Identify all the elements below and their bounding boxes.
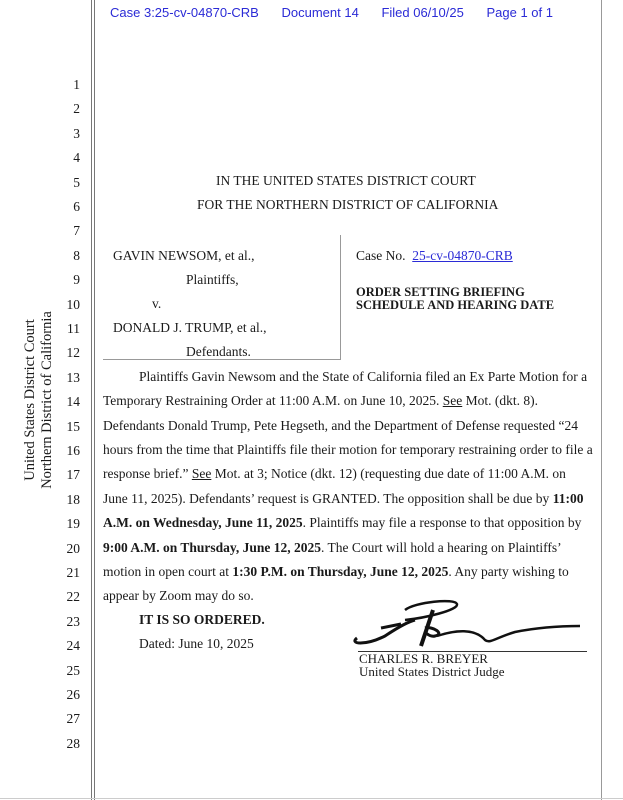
see-signal: See	[192, 466, 212, 481]
body-line: hours from the time that Plaintiffs file…	[103, 442, 593, 458]
page-count: Page 1 of 1	[486, 5, 553, 20]
sidebar-court: United States District Court	[22, 280, 39, 520]
body-line: Plaintiffs Gavin Newsom and the State of…	[139, 369, 587, 385]
text: Mot. at 3; Notice (dkt. 12) (requesting …	[211, 466, 566, 481]
line-number: 4	[40, 150, 80, 166]
court-sidebar: United States District Court Northern Di…	[22, 280, 56, 520]
line-number: 22	[40, 589, 80, 605]
document-number: Document 14	[281, 5, 358, 20]
dated: Dated: June 10, 2025	[139, 636, 254, 652]
sidebar-district: Northern District of California	[39, 280, 56, 520]
court-name: IN THE UNITED STATES DISTRICT COURT	[216, 173, 476, 189]
text: Mot. (dkt. 8).	[462, 393, 538, 408]
deadline: A.M. on Wednesday, June 11, 2025	[103, 515, 303, 530]
body-line: motion in open court at 1:30 P.M. on Thu…	[103, 564, 569, 580]
line-number: 6	[40, 199, 80, 215]
deadline: 11:00	[553, 491, 584, 506]
order-title: ORDER SETTING BRIEFING SCHEDULE AND HEAR…	[356, 286, 554, 312]
deadline: 9:00 A.M. on Thursday, June 12, 2025	[103, 540, 321, 555]
line-number: 7	[40, 223, 80, 239]
page-bottom-edge	[0, 798, 623, 799]
line-number: 5	[40, 175, 80, 191]
order-title-line: SCHEDULE AND HEARING DATE	[356, 299, 554, 312]
so-ordered: IT IS SO ORDERED.	[139, 612, 265, 628]
line-number: 21	[40, 565, 80, 581]
judge-block: CHARLES R. BREYER United States District…	[359, 652, 505, 678]
case-no-label: Case No.	[356, 248, 406, 263]
text: response brief.”	[103, 466, 192, 481]
plaintiff-role: Plaintiffs,	[186, 272, 239, 288]
filed-date: Filed 06/10/25	[381, 5, 463, 20]
text: June 11, 2025). Defendants’ request is G…	[103, 491, 553, 506]
body-line: A.M. on Wednesday, June 11, 2025. Plaint…	[103, 515, 581, 531]
see-signal: See	[443, 393, 463, 408]
ecf-header: Case 3:25-cv-04870-CRB Document 14 Filed…	[110, 5, 572, 20]
versus: v.	[152, 296, 161, 312]
text: Temporary Restraining Order at 11:00 A.M…	[103, 393, 443, 408]
body-line: Temporary Restraining Order at 11:00 A.M…	[103, 393, 538, 409]
body-line: Defendants Donald Trump, Pete Hegseth, a…	[103, 418, 578, 434]
line-number: 23	[40, 614, 80, 630]
left-margin-rule	[91, 0, 92, 800]
line-number: 26	[40, 687, 80, 703]
left-margin-rule	[94, 0, 95, 800]
body-line: June 11, 2025). Defendants’ request is G…	[103, 491, 583, 507]
line-number: 2	[40, 101, 80, 117]
line-number: 8	[40, 248, 80, 264]
body-line: 9:00 A.M. on Thursday, June 12, 2025. Th…	[103, 540, 562, 556]
line-number: 24	[40, 638, 80, 654]
line-number: 27	[40, 711, 80, 727]
body-line: appear by Zoom may do so.	[103, 588, 254, 604]
case-no-link[interactable]: 25-cv-04870-CRB	[412, 248, 513, 263]
defendant-role: Defendants.	[186, 344, 251, 360]
case-number: Case 3:25-cv-04870-CRB	[110, 5, 259, 20]
line-number: 3	[40, 126, 80, 142]
plaintiff-name: GAVIN NEWSOM, et al.,	[113, 248, 255, 264]
text: . Plaintiffs may file a response to that…	[303, 515, 582, 530]
caption-divider	[340, 235, 341, 360]
case-no: Case No. 25-cv-04870-CRB	[356, 248, 513, 264]
hearing-time: 1:30 P.M. on Thursday, June 12, 2025	[232, 564, 448, 579]
text: . Any party wishing to	[448, 564, 568, 579]
judge-title: United States District Judge	[359, 665, 505, 678]
text: . The Court will hold a hearing on Plain…	[321, 540, 562, 555]
defendant-name: DONALD J. TRUMP, et al.,	[113, 320, 267, 336]
text: motion in open court at	[103, 564, 232, 579]
right-margin-rule	[601, 0, 602, 800]
line-number: 28	[40, 736, 80, 752]
court-district: FOR THE NORTHERN DISTRICT OF CALIFORNIA	[197, 197, 498, 213]
line-number: 20	[40, 541, 80, 557]
judge-signature	[345, 598, 590, 652]
line-number: 1	[40, 77, 80, 93]
caption-divider	[103, 359, 341, 360]
body-line: response brief.” See Mot. at 3; Notice (…	[103, 466, 566, 482]
line-number: 25	[40, 663, 80, 679]
